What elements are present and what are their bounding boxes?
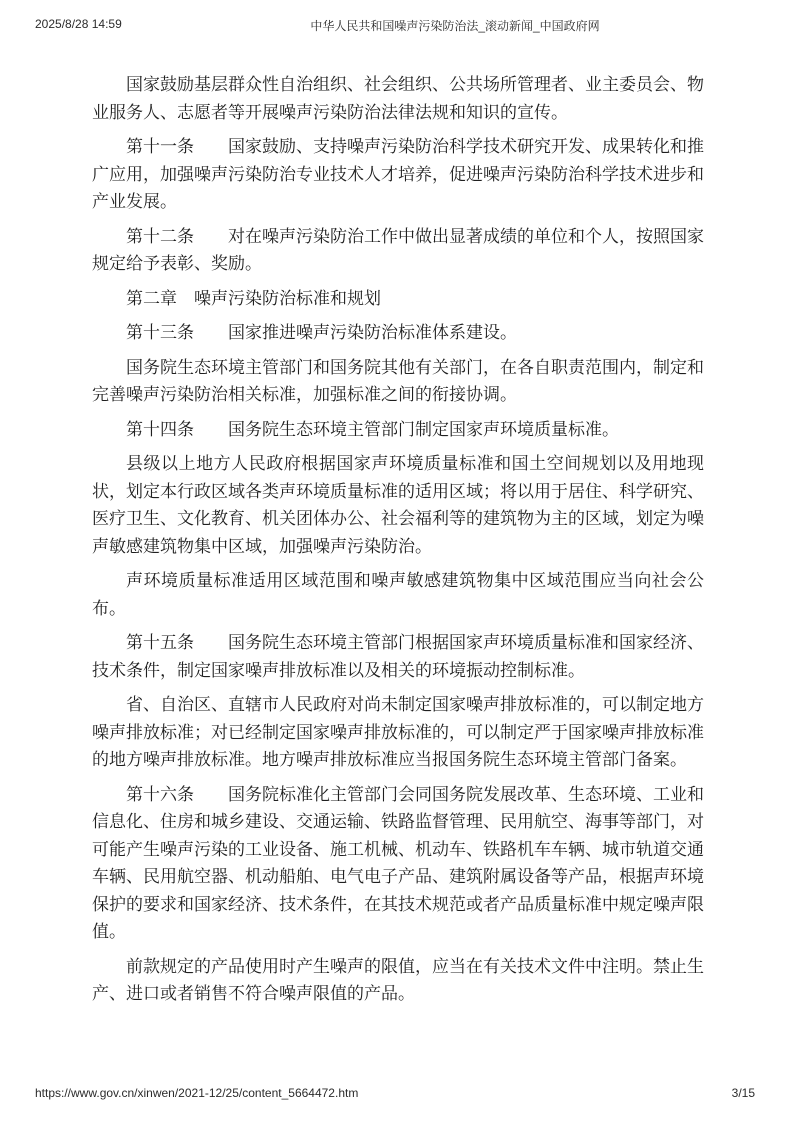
print-datetime: 2025/8/28 14:59 bbox=[35, 17, 122, 31]
source-url: https://www.gov.cn/xinwen/2021-12/25/con… bbox=[35, 1086, 358, 1100]
article-16-paragraph: 第十六条 国务院标准化主管部门会同国务院发展改革、生态环境、工业和信息化、住房和… bbox=[92, 781, 704, 946]
paragraph: 声环境质量标准适用区域范围和噪声敏感建筑物集中区域范围应当向社会公布。 bbox=[92, 567, 704, 622]
printed-page: 2025/8/28 14:59 中华人民共和国噪声污染防治法_滚动新闻_中国政府… bbox=[0, 0, 793, 1122]
article-12-paragraph: 第十二条 对在噪声污染防治工作中做出显著成绩的单位和个人，按照国家规定给予表彰、… bbox=[92, 223, 704, 278]
paragraph: 国务院生态环境主管部门和国务院其他有关部门，在各自职责范围内，制定和完善噪声污染… bbox=[92, 354, 704, 409]
print-footer: https://www.gov.cn/xinwen/2021-12/25/con… bbox=[35, 1086, 755, 1102]
paragraph: 县级以上地方人民政府根据国家声环境质量标准和国土空间规划以及用地现状，划定本行政… bbox=[92, 450, 704, 560]
document-body: 国家鼓励基层群众性自治组织、社会组织、公共场所管理者、业主委员会、物业服务人、志… bbox=[92, 71, 704, 1015]
article-14-paragraph: 第十四条 国务院生态环境主管部门制定国家声环境质量标准。 bbox=[92, 416, 704, 444]
article-13-paragraph: 第十三条 国家推进噪声污染防治标准体系建设。 bbox=[92, 319, 704, 347]
paragraph: 省、自治区、直辖市人民政府对尚未制定国家噪声排放标准的，可以制定地方噪声排放标准… bbox=[92, 691, 704, 774]
page-number-indicator: 3/15 bbox=[732, 1086, 755, 1100]
chapter-2-heading: 第二章 噪声污染防治标准和规划 bbox=[92, 285, 704, 313]
page-title: 中华人民共和国噪声污染防治法_滚动新闻_中国政府网 bbox=[310, 17, 599, 34]
article-15-paragraph: 第十五条 国务院生态环境主管部门根据国家声环境质量标准和国家经济、技术条件，制定… bbox=[92, 629, 704, 684]
paragraph: 国家鼓励基层群众性自治组织、社会组织、公共场所管理者、业主委员会、物业服务人、志… bbox=[92, 71, 704, 126]
paragraph: 前款规定的产品使用时产生噪声的限值，应当在有关技术文件中注明。禁止生产、进口或者… bbox=[92, 953, 704, 1008]
article-11-paragraph: 第十一条 国家鼓励、支持噪声污染防治科学技术研究开发、成果转化和推广应用，加强噪… bbox=[92, 133, 704, 216]
print-header: 2025/8/28 14:59 中华人民共和国噪声污染防治法_滚动新闻_中国政府… bbox=[35, 17, 755, 33]
